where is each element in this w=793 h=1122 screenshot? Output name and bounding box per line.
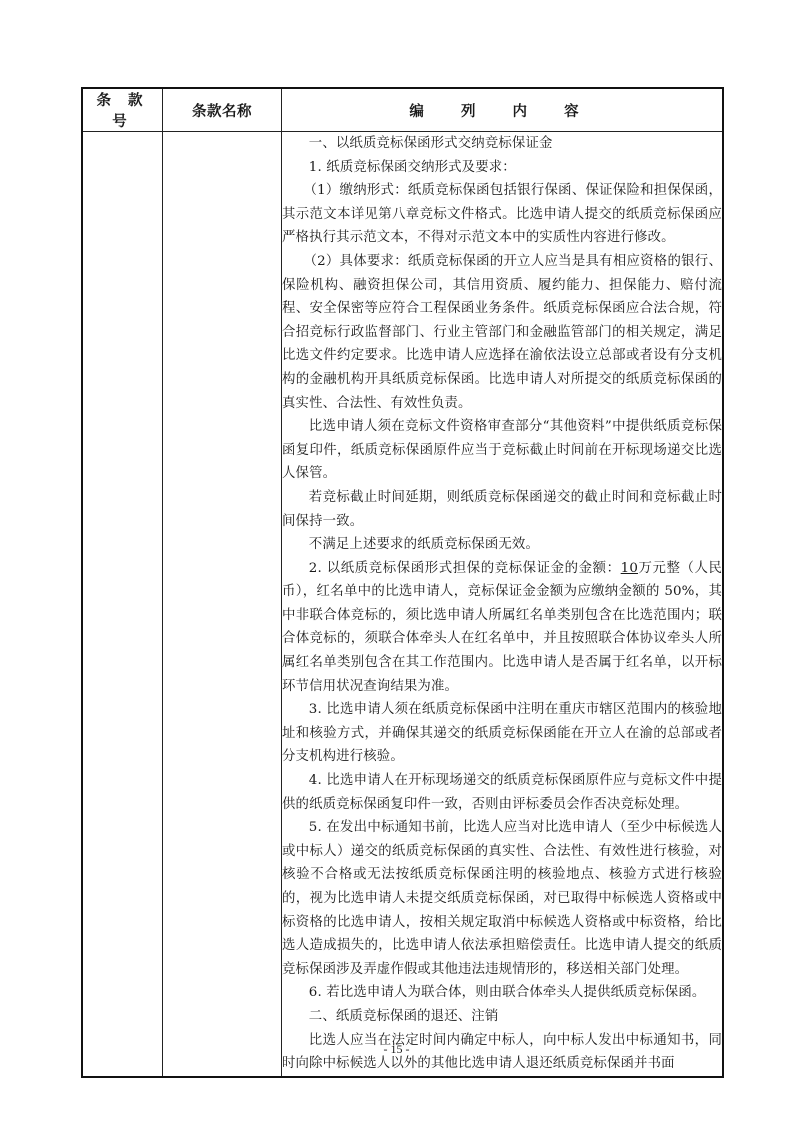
amount-prefix: 2. 以纸质竞标保函形式担保的竞标保证金的金额：	[309, 561, 621, 576]
paragraph-consortium: 6. 若比选申请人为联合体，则由联合体牵头人提供纸质竞标保函。	[282, 981, 722, 1005]
clause-table: 条 款 号 条款名称 编 列 内 容 一、以纸质竞标保函形式交纳竞标保证金 1.…	[81, 87, 724, 1078]
paragraph-invalid: 不满足上述要求的纸质竞标保函无效。	[282, 533, 722, 557]
paragraph-verification-before-notice: 5. 在发出中标通知书前，比选人应当对比选申请人（至少中标候选人或中标人）递交的…	[282, 816, 722, 981]
page-number: - 15 -	[0, 1042, 793, 1057]
table-row: 一、以纸质竞标保函形式交纳竞标保证金 1. 纸质竞标保函交纳形式及要求： （1）…	[82, 132, 723, 1077]
amount-suffix: 万元整（人民币），红名单中的比选申请人，竞标保证金金额为应缴纳金额的 50%，其…	[282, 561, 722, 694]
paragraph-verification-address: 3. 比选申请人须在纸质竞标保函中注明在重庆市辖区范围内的核验地址和核验方式，并…	[282, 698, 722, 769]
header-clause-name: 条款名称	[163, 88, 282, 132]
cell-clause-number	[82, 132, 163, 1077]
cell-clause-name	[163, 132, 282, 1077]
paragraph-deadline-extension: 若竞标截止时间延期，则纸质竞标保函递交的截止时间和竞标截止时间保持一致。	[282, 486, 722, 533]
paragraph-original-consistency: 4. 比选申请人在开标现场递交的纸质竞标保函原件应与竞标文件中提供的纸质竞标保函…	[282, 769, 722, 816]
paragraph-copy-submission: 比选申请人须在竞标文件资格审查部分“其他资料”中提供纸质竞标保函复印件，纸质竞标…	[282, 415, 722, 486]
header-content: 编 列 内 容	[282, 88, 724, 132]
document-page: 条 款 号 条款名称 编 列 内 容 一、以纸质竞标保函形式交纳竞标保证金 1.…	[0, 0, 793, 1122]
paragraph-payment-form: （1）缴纳形式：纸质竞标保函包括银行保函、保证保险和担保保函，其示范文本详见第八…	[282, 179, 722, 250]
header-clause-number: 条 款 号	[82, 88, 163, 132]
cell-content: 一、以纸质竞标保函形式交纳竞标保证金 1. 纸质竞标保函交纳形式及要求： （1）…	[282, 132, 724, 1077]
amount-value: 10	[621, 561, 638, 576]
subsection-heading-1: 1. 纸质竞标保函交纳形式及要求：	[282, 156, 722, 180]
section-heading-1: 一、以纸质竞标保函形式交纳竞标保证金	[282, 132, 722, 156]
table-header-row: 条 款 号 条款名称 编 列 内 容	[82, 88, 723, 132]
paragraph-amount: 2. 以纸质竞标保函形式担保的竞标保证金的金额：10万元整（人民币），红名单中的…	[282, 557, 722, 699]
paragraph-specific-requirements: （2）具体要求：纸质竞标保函的开立人应当是具有相应资格的银行、保险机构、融资担保…	[282, 250, 722, 415]
section-heading-2: 二、纸质竞标保函的退还、注销	[282, 1005, 722, 1029]
